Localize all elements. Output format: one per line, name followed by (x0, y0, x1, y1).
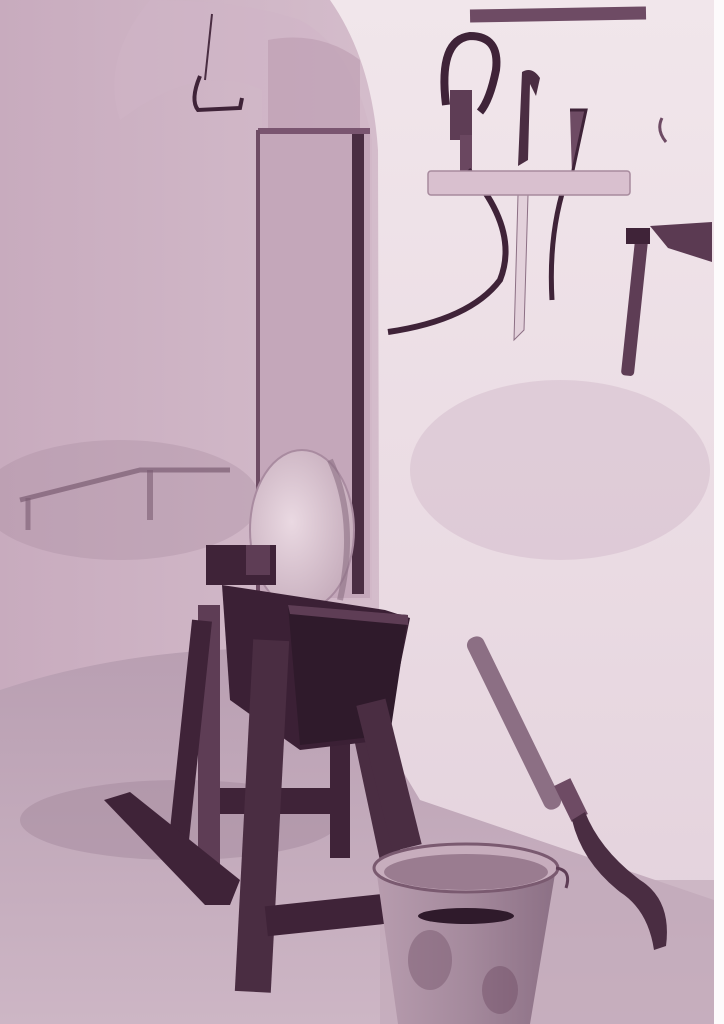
wall-tool-rack (428, 171, 630, 195)
photo-border (714, 0, 724, 1024)
photograph (0, 0, 714, 1024)
